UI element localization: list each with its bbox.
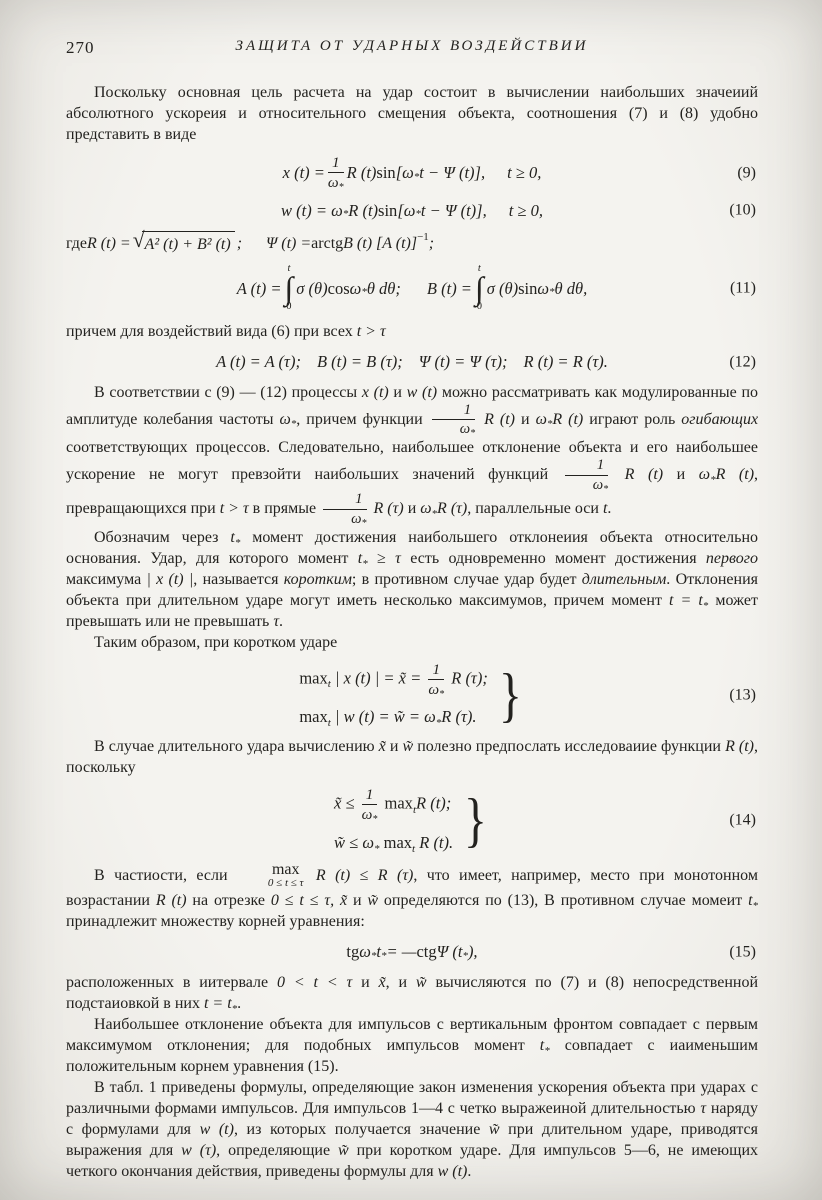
text-run: t = t bbox=[204, 995, 232, 1012]
text-run: ω bbox=[328, 174, 339, 191]
equation-12: A (t) = A (τ);B (t) = B (τ);Ψ (t) = Ψ (τ… bbox=[66, 349, 758, 375]
text-run: w (t) bbox=[200, 1121, 234, 1138]
text-run: Таким образом, при коротком ударе bbox=[94, 634, 337, 651]
text-run: R (t) = bbox=[87, 233, 131, 254]
fraction-denominator: ω* bbox=[428, 680, 444, 697]
text-run: 1 bbox=[355, 491, 362, 507]
page-header: 270 ЗАЩИТА ОТ УДАРНЫХ ВОЗДЕЙСТВИИ bbox=[66, 38, 758, 60]
text-run: . bbox=[279, 613, 283, 630]
text-run: ; в противном случае удар будет bbox=[352, 571, 582, 588]
text-run: и bbox=[515, 410, 536, 427]
equation-11: A (t) = t∫0 σ (θ) cos ω*θ dθ;B (t) = t∫0… bbox=[66, 264, 758, 312]
fraction-denominator: ω* bbox=[362, 805, 378, 822]
fraction-denominator: ω* bbox=[565, 476, 608, 493]
text-run: ω bbox=[537, 278, 549, 299]
fraction: 1ω* bbox=[328, 155, 344, 190]
grouping-brace: } bbox=[464, 796, 487, 844]
text-run: x̃ ≤ bbox=[334, 794, 359, 813]
equation-row: maxt | x (t) | = x̃ = 1ω* R (τ); bbox=[299, 662, 487, 697]
text-run: 0 < t < τ bbox=[277, 974, 352, 991]
text-run: 1 bbox=[597, 457, 604, 473]
fraction-numerator: 1 bbox=[328, 155, 344, 173]
fraction-denominator: ω* bbox=[432, 420, 475, 437]
subscript: * bbox=[710, 474, 716, 486]
subscript: * bbox=[372, 814, 377, 825]
subscript: * bbox=[362, 558, 368, 570]
text-run: w (τ) bbox=[181, 1142, 216, 1159]
page-background: 270 ЗАЩИТА ОТ УДАРНЫХ ВОЗДЕЙСТВИИ Поскол… bbox=[0, 0, 822, 1200]
text-run: ; bbox=[429, 233, 434, 254]
text-run: Ψ (t) = Ψ (τ); bbox=[419, 351, 508, 372]
text-run: В частиости, если bbox=[94, 866, 237, 883]
equation-9: x (t) = 1ω* R (t) sin [ω*t − Ψ (t)],t ≥ … bbox=[66, 155, 758, 190]
text-run: ≥ τ bbox=[368, 550, 401, 567]
spacer bbox=[508, 361, 524, 362]
equation-number: (12) bbox=[729, 351, 756, 372]
text-run: = — bbox=[387, 941, 417, 962]
function-name: max bbox=[299, 707, 327, 726]
definition-line-R-psi: где R (t) = √A² (t) + B² (t);Ψ (t) = arc… bbox=[66, 230, 758, 256]
equation-row: w̃ ≤ ω* maxt R (t). bbox=[334, 832, 453, 853]
paragraph-short-impact-lead: Таким образом, при коротком ударе bbox=[66, 632, 758, 653]
text-run: есть одновременно момент достижения bbox=[401, 550, 706, 567]
text-run: R (t). bbox=[415, 833, 453, 852]
text-run: Ψ (t bbox=[437, 941, 463, 962]
text-run: и bbox=[352, 974, 378, 991]
max-limits: 0 ≤ t ≤ τ bbox=[240, 878, 304, 890]
paragraph-intro: Поскольку основная цель расчета на удар … bbox=[66, 82, 758, 145]
running-head: ЗАЩИТА ОТ УДАРНЫХ ВОЗДЕЙСТВИИ bbox=[66, 38, 758, 55]
function-name: ctg bbox=[416, 941, 436, 962]
text-run: ω bbox=[536, 410, 547, 427]
text-run: σ (θ) bbox=[487, 278, 518, 299]
integral: t∫0 bbox=[285, 264, 294, 312]
subscript: * bbox=[291, 418, 297, 430]
equation-row: maxt | w (t) = w̃ = ω*R (τ). bbox=[299, 706, 476, 727]
text-run: w̃ bbox=[416, 974, 427, 991]
page-content: 270 ЗАЩИТА ОТ УДАРНЫХ ВОЗДЕЙСТВИИ Поскол… bbox=[66, 38, 758, 1182]
fraction: 1ω* bbox=[323, 492, 366, 526]
subscript: * bbox=[703, 600, 709, 612]
radicand: A² (t) + B² (t) bbox=[142, 231, 235, 255]
text-run: R (t) = R (τ). bbox=[524, 351, 608, 372]
text-run: В табл. 1 приведены формулы, определяющи… bbox=[66, 1079, 758, 1117]
fraction: 1ω* bbox=[428, 662, 444, 697]
text-run: x̃ bbox=[379, 738, 386, 755]
text-run: w (t) bbox=[438, 1163, 468, 1180]
text-run: ω bbox=[428, 681, 439, 698]
text-run: . bbox=[467, 1163, 471, 1180]
fraction-numerator: 1 bbox=[432, 403, 475, 421]
text-run: причем для воздействий вида (6) при всех bbox=[66, 323, 357, 340]
text-run: принадлежит множеству корней уравнения: bbox=[66, 913, 365, 930]
text-run: B (t) = B (τ); bbox=[317, 351, 403, 372]
paragraph-long-impact: В случае длительного удара вычислению x̃… bbox=[66, 736, 758, 778]
paragraph-moment-t-star: Обозначим через t* момент достижения наи… bbox=[66, 527, 758, 632]
text-run: ω bbox=[359, 941, 371, 962]
text-run: R (t) ≤ R (τ) bbox=[307, 866, 414, 883]
text-run: w (t) bbox=[407, 384, 437, 401]
text-run: R (τ) bbox=[437, 500, 467, 517]
equation-number: (10) bbox=[729, 200, 756, 221]
text-run: R (t) bbox=[716, 466, 754, 483]
text-run: в прямые bbox=[249, 500, 320, 517]
subscript: t bbox=[328, 678, 331, 690]
function-name: arctg bbox=[311, 233, 343, 254]
text-run: на отрезке bbox=[187, 892, 271, 909]
text-run: , называется bbox=[193, 571, 283, 588]
subscript: t bbox=[328, 717, 331, 729]
subscript: * bbox=[339, 182, 344, 193]
spacer bbox=[487, 210, 509, 211]
text-run: где bbox=[66, 233, 87, 254]
text-run: t = t bbox=[669, 592, 703, 609]
equation-13: maxt | x (t) | = x̃ = 1ω* R (τ);maxt | w… bbox=[66, 662, 758, 727]
equation-14: x̃ ≤ 1ω* maxtR (t);w̃ ≤ ω* maxt R (t).}(… bbox=[66, 787, 758, 852]
text-run: A (t) = A (τ); bbox=[216, 351, 301, 372]
text-run: x (t) = bbox=[283, 162, 325, 183]
text-run: | x (t) | bbox=[146, 571, 193, 588]
equation-number: (11) bbox=[730, 278, 756, 299]
text-run: R (τ); bbox=[447, 668, 488, 687]
subscript: * bbox=[232, 1003, 238, 1015]
fraction: 1ω* bbox=[565, 458, 608, 492]
text-run: . bbox=[237, 995, 241, 1012]
text-run: σ (θ) bbox=[296, 278, 327, 299]
fraction-denominator: ω* bbox=[323, 510, 366, 527]
equation-10: w (t) = ω*R (t) sin [ω*t − Ψ (t)],t ≥ 0,… bbox=[66, 197, 758, 223]
subscript: * bbox=[603, 484, 608, 495]
text-run: B (t) [A (t)] bbox=[343, 233, 417, 254]
text-run: ω bbox=[460, 421, 470, 437]
emphasized-word: первого bbox=[706, 550, 758, 567]
spacer bbox=[485, 172, 507, 173]
text-run: В случае длительного удара вычислению bbox=[94, 738, 379, 755]
max-with-limits: max0 ≤ t ≤ τ bbox=[240, 862, 304, 890]
text-run: , определяющие bbox=[216, 1142, 338, 1159]
text-run: | w (t) = w̃ = ω bbox=[331, 707, 436, 726]
text-run: 1 bbox=[464, 402, 471, 418]
text-run: R (τ). bbox=[441, 707, 476, 726]
text-run: 1 bbox=[432, 661, 440, 678]
equation-row: x̃ ≤ 1ω* maxtR (t); bbox=[334, 787, 451, 822]
text-run: A² (t) + B² (t) bbox=[145, 236, 231, 253]
integral-lower-limit: 0 bbox=[286, 302, 291, 313]
spacer bbox=[403, 361, 419, 362]
text-run: Поскольку основная цель расчета на удар … bbox=[66, 84, 758, 143]
equation-rows: maxt | x (t) | = x̃ = 1ω* R (τ);maxt | w… bbox=[299, 662, 487, 727]
text-run: ω bbox=[350, 278, 362, 299]
fraction-numerator: 1 bbox=[362, 787, 378, 805]
subscript: t bbox=[413, 804, 416, 816]
text-run: , из которых получается значение bbox=[234, 1121, 489, 1138]
text-run: расположенных в иитервале bbox=[66, 974, 277, 991]
grouping-brace: } bbox=[499, 671, 522, 719]
fraction-denominator: ω* bbox=[328, 173, 344, 190]
integral-sign: ∫ bbox=[475, 275, 484, 302]
subscript: * bbox=[235, 537, 241, 549]
text-run: ω bbox=[362, 806, 373, 823]
equation-rows: x̃ ≤ 1ω* maxtR (t);w̃ ≤ ω* maxt R (t). bbox=[334, 787, 453, 852]
text-run: ω bbox=[699, 466, 710, 483]
text-run: полезно предпослать исследоваиие функции bbox=[413, 738, 725, 755]
text-run: [ω bbox=[396, 162, 414, 183]
function-name: sin bbox=[518, 278, 537, 299]
text-run: t ≥ 0, bbox=[507, 162, 541, 183]
fraction: 1ω* bbox=[432, 403, 475, 437]
text-run: t > τ bbox=[220, 500, 249, 517]
integral-lower-limit: 0 bbox=[477, 302, 482, 313]
page-number: 270 bbox=[66, 38, 95, 58]
function-name: max bbox=[380, 794, 413, 813]
text-run: и bbox=[347, 892, 367, 909]
subscript: * bbox=[436, 717, 442, 729]
text-run: R (t) bbox=[347, 162, 377, 183]
text-run: | x (t) | = x̃ = bbox=[331, 668, 426, 687]
emphasized-word: длительным bbox=[582, 571, 667, 588]
fraction-numerator: 1 bbox=[428, 662, 444, 680]
subscript: * bbox=[470, 428, 475, 439]
text-run: ω bbox=[593, 477, 603, 493]
text-run: максимума bbox=[66, 571, 146, 588]
paragraph-roots-interval: расположенных в иитервале 0 < t < τ и x̃… bbox=[66, 972, 758, 1014]
equation-number: (9) bbox=[737, 162, 756, 183]
text-run: ω bbox=[420, 500, 431, 517]
function-name: max bbox=[380, 833, 413, 852]
text-run: , причем функции bbox=[296, 410, 428, 427]
integral: t∫0 bbox=[475, 264, 484, 312]
text-run: В соответствии с (9) — (12) процессы bbox=[94, 384, 362, 401]
text-run: R (t) bbox=[552, 410, 583, 427]
subscript: * bbox=[432, 508, 438, 520]
text-run: играют роль bbox=[583, 410, 681, 427]
text-run: w̃ bbox=[367, 892, 378, 909]
text-run: R (τ) bbox=[370, 500, 404, 517]
text-run: x (t) bbox=[362, 384, 389, 401]
emphasized-word: огибающих bbox=[681, 410, 758, 427]
text-run: θ dθ; bbox=[367, 278, 401, 299]
text-run: ), bbox=[468, 941, 478, 962]
emphasized-word: коротким bbox=[284, 571, 352, 588]
text-run: ω bbox=[279, 410, 290, 427]
fraction: 1ω* bbox=[362, 787, 378, 822]
paragraph-vertical-front: Наибольшее отклонение объекта для импуль… bbox=[66, 1014, 758, 1077]
text-run: t bbox=[748, 892, 752, 909]
text-run: [ω bbox=[397, 200, 415, 221]
paragraph-prichem: причем для воздействий вида (6) при всех… bbox=[66, 321, 758, 342]
subscript: * bbox=[753, 900, 759, 912]
paragraph-processes: В соответствии с (9) — (12) процессы x (… bbox=[66, 382, 758, 527]
fraction-numerator: 1 bbox=[323, 492, 366, 510]
function-name: cos bbox=[328, 278, 350, 299]
text-run: w (t) = ω bbox=[281, 200, 343, 221]
text-run: t ≥ 0, bbox=[509, 200, 543, 221]
text-run: θ dθ, bbox=[555, 278, 588, 299]
text-run: и bbox=[386, 738, 403, 755]
text-run: x̃ bbox=[379, 974, 386, 991]
spacer bbox=[242, 243, 266, 244]
fraction-numerator: 1 bbox=[565, 458, 608, 476]
subscript: * bbox=[374, 843, 380, 855]
text-run: w̃ bbox=[402, 738, 413, 755]
function-name: sin bbox=[376, 162, 395, 183]
text-run: R (t) bbox=[348, 200, 378, 221]
text-run: 1 bbox=[366, 786, 374, 803]
text-run: R (t) bbox=[478, 410, 515, 427]
text-run: w̃ ≤ ω bbox=[334, 833, 374, 852]
text-run: Ψ (t) = bbox=[266, 233, 311, 254]
spacer bbox=[301, 361, 317, 362]
text-run: R (t); bbox=[416, 794, 451, 813]
text-run: t − Ψ (t)], bbox=[421, 200, 487, 221]
paragraph-table-reference: В табл. 1 приведены формулы, определяющи… bbox=[66, 1077, 758, 1182]
text-run: B (t) = bbox=[427, 278, 472, 299]
text-run: и bbox=[663, 466, 699, 483]
equation-15: tg ω*t* = — ctg Ψ (t*),(15) bbox=[66, 939, 758, 965]
text-run: Обозначим через bbox=[94, 529, 230, 546]
max-operator: max bbox=[240, 862, 304, 879]
integral-sign: ∫ bbox=[285, 275, 294, 302]
spacer bbox=[401, 288, 427, 289]
text-run: R (t) bbox=[725, 738, 754, 755]
text-run: определяются по (13), В противном случае… bbox=[378, 892, 748, 909]
equation-number: (15) bbox=[729, 941, 756, 962]
text-run: A (t) = bbox=[237, 278, 282, 299]
function-name: tg bbox=[346, 941, 359, 962]
equation-number: (14) bbox=[729, 809, 756, 830]
text-run: R (t) bbox=[611, 466, 663, 483]
text-run: , параллельные оси bbox=[467, 500, 603, 517]
scanned-book-page: { "header": { "page_number": "270", "run… bbox=[0, 0, 822, 1200]
text-run: и bbox=[404, 500, 421, 517]
subscript: t bbox=[412, 843, 415, 855]
function-name: sin bbox=[378, 200, 397, 221]
text-run: w̃ bbox=[338, 1142, 349, 1159]
text-run: w̃ bbox=[489, 1121, 500, 1138]
text-run: . bbox=[607, 500, 611, 517]
text-run: 1 bbox=[332, 154, 340, 171]
subscript: * bbox=[439, 689, 444, 700]
text-run: , и bbox=[386, 974, 416, 991]
paragraph-monotonic-case: В частиости, если max0 ≤ t ≤ τ R (t) ≤ R… bbox=[66, 862, 758, 932]
function-name: max bbox=[299, 668, 327, 687]
text-run: ω bbox=[351, 511, 361, 527]
square-root: √A² (t) + B² (t) bbox=[133, 231, 235, 255]
text-run: 0 ≤ t ≤ τ, x̃ bbox=[271, 892, 347, 909]
subscript: * bbox=[362, 518, 367, 529]
subscript: * bbox=[544, 1045, 550, 1057]
equation-number: (13) bbox=[729, 684, 756, 705]
subscript: * bbox=[547, 418, 553, 430]
text-run: R (t) bbox=[156, 892, 187, 909]
text-run: t > τ bbox=[357, 323, 386, 340]
text-run: и bbox=[389, 384, 407, 401]
text-run: t − Ψ (t)], bbox=[419, 162, 485, 183]
